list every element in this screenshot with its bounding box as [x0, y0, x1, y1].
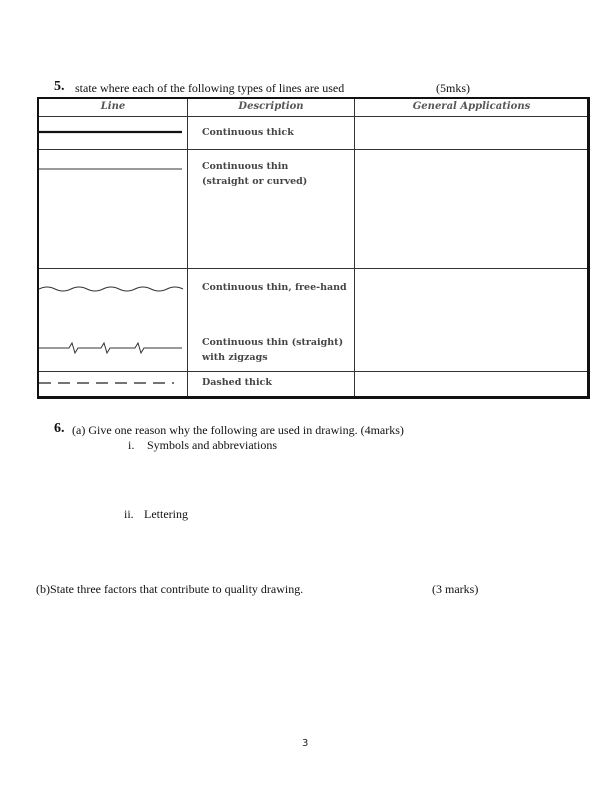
application-cell-2[interactable]	[355, 150, 588, 268]
description-row-2: Continuous thin (straight or curved)	[202, 159, 307, 189]
application-cell-3[interactable]	[355, 269, 588, 371]
header-description: Description	[188, 101, 354, 112]
question-5-prompt: state where each of the following types …	[75, 81, 344, 96]
column-divider	[187, 99, 188, 396]
header-general-applications: General Applications	[355, 101, 588, 112]
question-6-number: 6.	[54, 421, 65, 437]
question-5-marks: (5mks)	[436, 81, 470, 96]
question-6-part-b-marks: (3 marks)	[432, 582, 478, 597]
application-cell-4[interactable]	[355, 372, 588, 396]
question-5-number: 5.	[54, 79, 65, 95]
item-i-marker: i.	[128, 438, 134, 453]
item-ii-marker: ii.	[124, 507, 134, 522]
question-6-part-b: (b)State three factors that contribute t…	[36, 582, 303, 597]
freehand-line-sample	[39, 287, 183, 291]
application-cell-1[interactable]	[355, 117, 588, 149]
question-6-part-a: (a) Give one reason why the following ar…	[72, 423, 404, 438]
page-number: 3	[302, 738, 308, 749]
description-row-5: Dashed thick	[202, 375, 272, 390]
line-samples	[39, 99, 187, 396]
description-row-1: Continuous thick	[202, 125, 294, 140]
item-ii-text: Lettering	[144, 507, 188, 522]
line-types-table: Line Description General Applications Co…	[37, 97, 590, 399]
item-i-text: Symbols and abbreviations	[147, 438, 277, 453]
description-row-3: Continuous thin, free-hand	[202, 280, 347, 295]
description-row-4: Continuous thin (straight) with zigzags	[202, 335, 343, 365]
zigzag-line-sample	[39, 343, 182, 353]
